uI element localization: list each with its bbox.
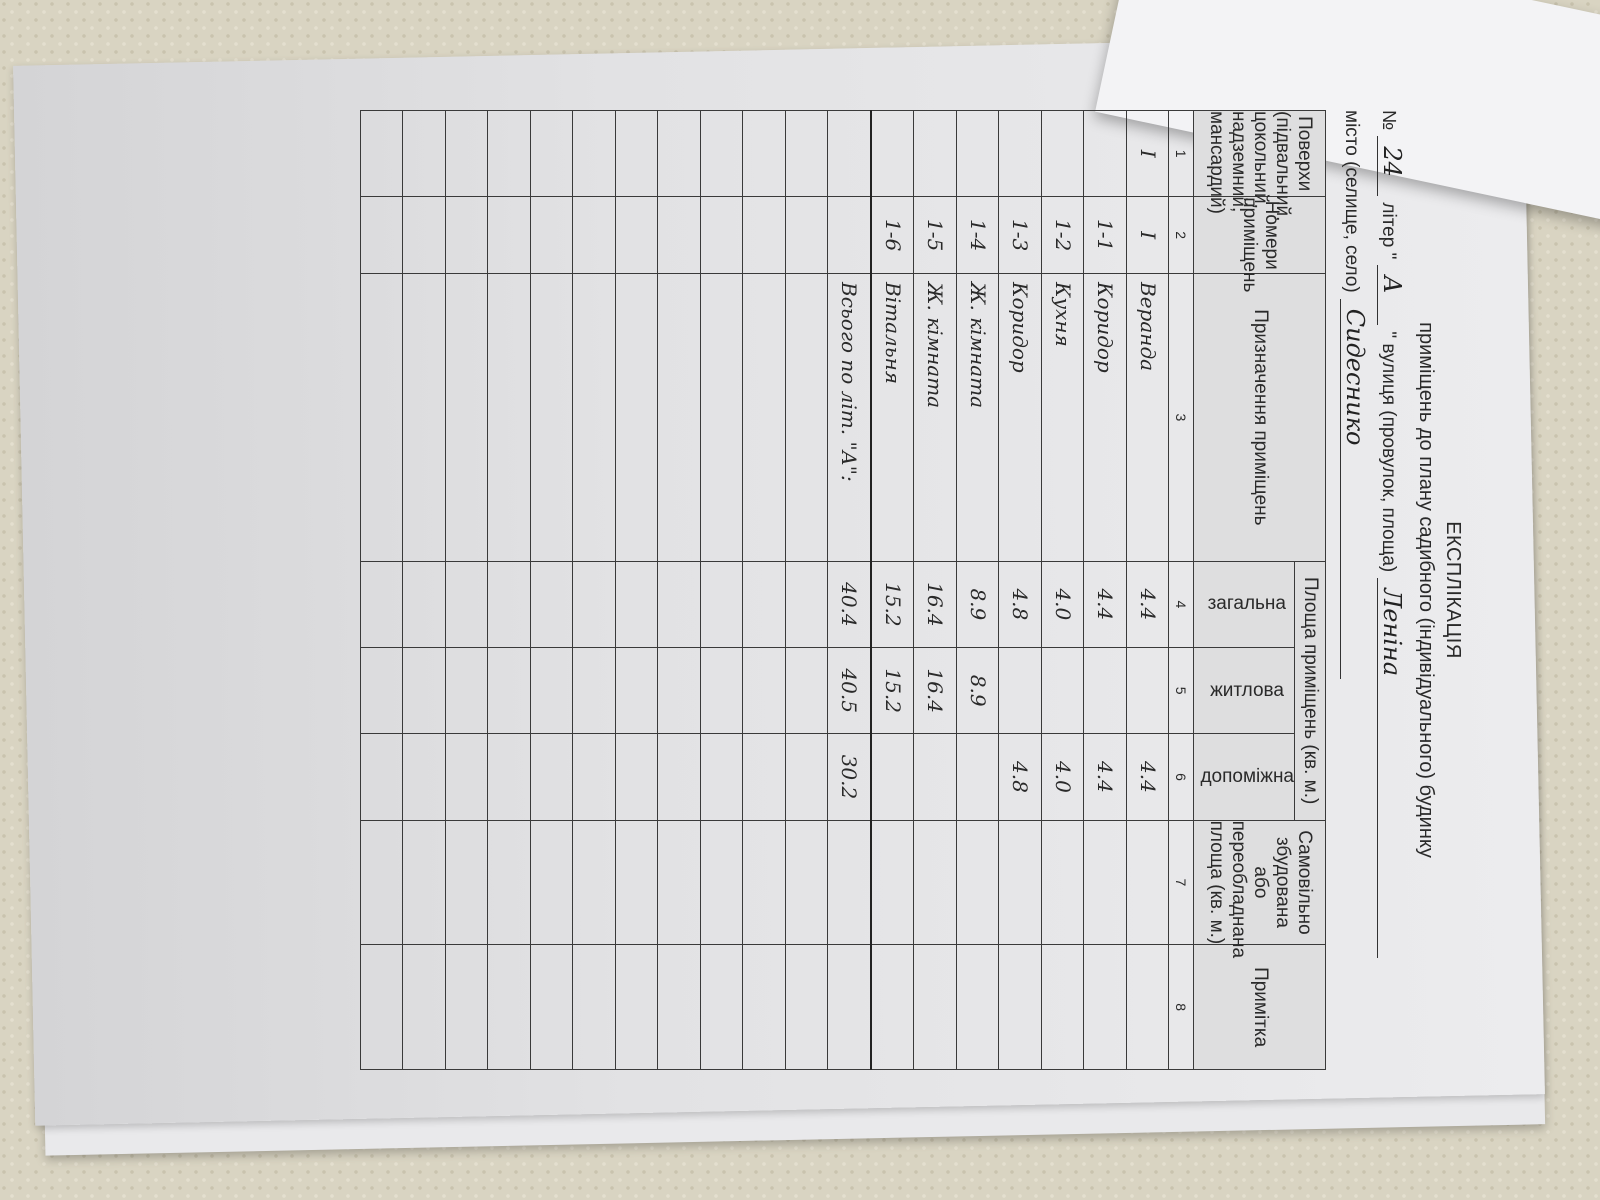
cell-floor (871, 111, 914, 197)
header-area-group: Площа приміщень (кв. м.) (1295, 561, 1326, 820)
cell-living (1041, 648, 1084, 734)
cell-room: 1-4 (956, 197, 999, 274)
table-row: 1-2Кухня4.04.0 (1041, 111, 1084, 1070)
cell-note (999, 945, 1042, 1070)
cell-auxiliary (871, 734, 914, 820)
cell-purpose: Веранда (1126, 274, 1169, 562)
cell-unauthorized (1041, 820, 1084, 945)
cell-purpose: Вітальня (871, 274, 914, 562)
cell-living: 8.9 (956, 648, 999, 734)
cell-living (999, 648, 1042, 734)
cell-unauthorized (914, 820, 957, 945)
cell-living (1126, 648, 1169, 734)
document-subtitle: приміщень до плану садибного (індивідуал… (1414, 110, 1437, 1070)
empty-row (573, 111, 616, 1070)
city-line: місто (селище, село) Сидеснико (1340, 110, 1369, 1070)
cell-room: I (1126, 197, 1169, 274)
cell-purpose: Коридор (999, 274, 1042, 562)
column-number: 2 (1169, 197, 1194, 274)
cell-living: 40.5 (828, 648, 871, 734)
cell-unauthorized (871, 820, 914, 945)
cell-note (1084, 945, 1127, 1070)
header-living: житлова (1194, 648, 1295, 734)
column-numbers-row: 12345678 (1169, 111, 1194, 1070)
empty-row (360, 111, 403, 1070)
header-total: загальна (1194, 561, 1295, 647)
total-row: Всього по літ. "А":40.440.530.2 (828, 111, 871, 1070)
cell-purpose: Ж. кімната (956, 274, 999, 562)
column-number: 7 (1169, 820, 1194, 945)
empty-row (615, 111, 658, 1070)
empty-row (658, 111, 701, 1070)
cell-room: 1-3 (999, 197, 1042, 274)
cell-note (1126, 945, 1169, 1070)
cell-floor (999, 111, 1042, 197)
cell-living: 16.4 (914, 648, 957, 734)
cell-floor (1084, 111, 1127, 197)
cell-unauthorized (999, 820, 1042, 945)
cell-total: 4.4 (1084, 561, 1127, 647)
explication-table: Поверхи (підвальний, цокольний, надземни… (360, 110, 1326, 1070)
cell-room: 1-5 (914, 197, 957, 274)
cell-purpose: Коридор (1084, 274, 1127, 562)
cell-auxiliary (956, 734, 999, 820)
empty-row (530, 111, 573, 1070)
header-purpose: Призначення приміщень (1194, 274, 1326, 562)
column-number: 6 (1169, 734, 1194, 820)
liter-value: А (1377, 265, 1406, 325)
cell-room: 1-1 (1084, 197, 1127, 274)
liter-label: літер " (1377, 202, 1399, 259)
cell-floor (1041, 111, 1084, 197)
header-unauthorized: Самовільно збудована або переобладнана п… (1194, 820, 1326, 945)
cell-unauthorized (1084, 820, 1127, 945)
street-value: Леніна (1377, 578, 1406, 958)
header-auxiliary: допоміжна (1194, 734, 1295, 820)
cell-total: 16.4 (914, 561, 957, 647)
cell-unauthorized (956, 820, 999, 945)
cell-auxiliary: 4.8 (999, 734, 1042, 820)
column-number: 4 (1169, 561, 1194, 647)
cell-floor (914, 111, 957, 197)
empty-row (785, 111, 828, 1070)
cell-total: 40.4 (828, 561, 871, 647)
cell-living: 15.2 (871, 648, 914, 734)
cell-auxiliary: 4.0 (1041, 734, 1084, 820)
cell-note (914, 945, 957, 1070)
cell-auxiliary: 4.4 (1084, 734, 1127, 820)
column-number: 8 (1169, 945, 1194, 1070)
cell-total: 4.0 (1041, 561, 1084, 647)
street-label: " вулиця (провулок, площа) (1377, 331, 1399, 572)
column-number: 1 (1169, 111, 1194, 197)
column-number: 5 (1169, 648, 1194, 734)
empty-row (403, 111, 446, 1070)
cell-room (828, 197, 871, 274)
cell-note (871, 945, 914, 1070)
empty-row (445, 111, 488, 1070)
cell-unauthorized (1126, 820, 1169, 945)
cell-auxiliary: 4.4 (1126, 734, 1169, 820)
number-label: № (1377, 110, 1399, 130)
cell-room: 1-6 (871, 197, 914, 274)
cell-purpose: Ж. кімната (914, 274, 957, 562)
cell-floor (828, 111, 871, 197)
cell-note (1041, 945, 1084, 1070)
cell-floor (956, 111, 999, 197)
table-row: 1-5Ж. кімната16.416.4 (914, 111, 957, 1070)
cell-purpose: Кухня (1041, 274, 1084, 562)
document-title: ЕКСПЛІКАЦІЯ (1441, 110, 1464, 1070)
empty-row (743, 111, 786, 1070)
cell-auxiliary (914, 734, 957, 820)
cell-note (956, 945, 999, 1070)
explication-document: ЕКСПЛІКАЦІЯ приміщень до плану садибного… (190, 110, 1470, 1070)
cell-total: 15.2 (871, 561, 914, 647)
cell-living (1084, 648, 1127, 734)
address-line: № 24 літер " А " вулиця (провулок, площа… (1377, 110, 1406, 1070)
table-row: 1-4Ж. кімната8.98.9 (956, 111, 999, 1070)
cell-total: 4.4 (1126, 561, 1169, 647)
cell-floor: I (1126, 111, 1169, 197)
cell-unauthorized (828, 820, 871, 945)
cell-total: 8.9 (956, 561, 999, 647)
header-floors: Поверхи (підвальний, цокольний, надземни… (1194, 111, 1326, 197)
empty-row (700, 111, 743, 1070)
table-row: 1-1Коридор4.44.4 (1084, 111, 1127, 1070)
cell-purpose: Всього по літ. "А": (828, 274, 871, 562)
header-note: Примітка (1194, 945, 1326, 1070)
city-value: Сидеснико (1340, 299, 1369, 679)
cell-note (828, 945, 871, 1070)
city-label: місто (селище, село) (1340, 110, 1362, 293)
empty-row (488, 111, 531, 1070)
column-number: 3 (1169, 274, 1194, 562)
cell-auxiliary: 30.2 (828, 734, 871, 820)
cell-total: 4.8 (999, 561, 1042, 647)
table-row: 1-3Коридор4.84.8 (999, 111, 1042, 1070)
table-row: 1-6Вітальня15.215.2 (871, 111, 914, 1070)
cell-room: 1-2 (1041, 197, 1084, 274)
table-row: IIВеранда4.44.4 (1126, 111, 1169, 1070)
number-value: 24 (1377, 136, 1406, 196)
